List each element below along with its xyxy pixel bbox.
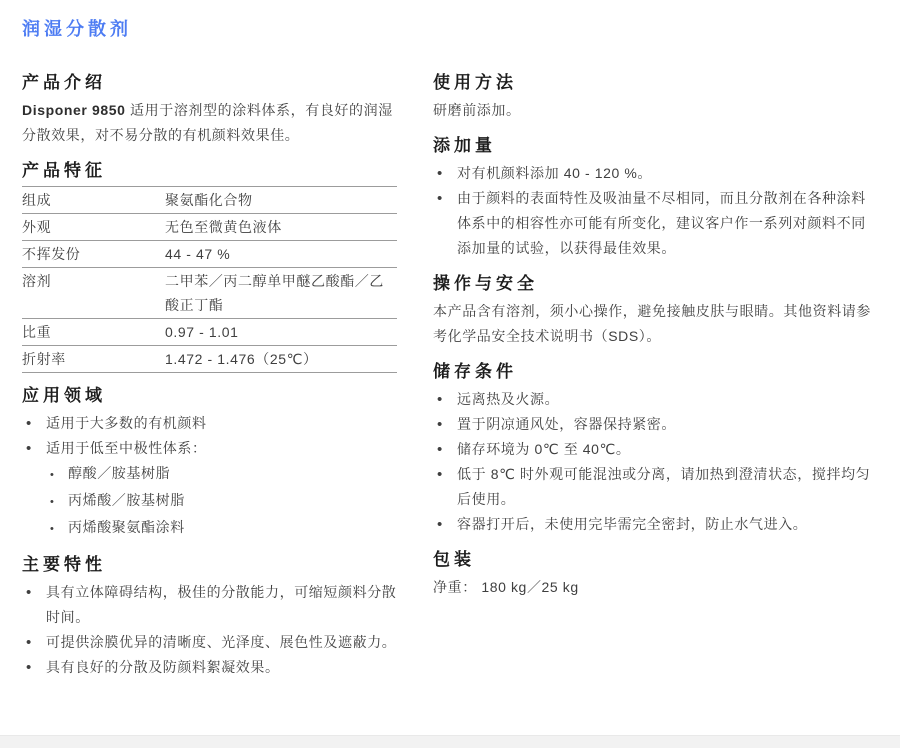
bullet-icon [433,462,457,512]
list-item-text: 丙烯酸聚氨酯涂料 [68,515,185,542]
section-dosage: 添加量 对有机颜料添加 40 - 120 %。 由于颜料的表面特性及吸油量不尽相… [433,135,880,261]
packaging-heading: 包装 [433,549,880,571]
section-safety: 操作与安全 本产品含有溶剂，须小心操作，避免接触皮肤与眼睛。其他资料请参考化学品… [433,273,880,349]
list-item-text: 丙烯酸／胺基树脂 [68,488,185,515]
applications-heading: 应用领域 [22,385,400,407]
product-intro-heading: 产品介绍 [22,72,400,94]
list-item: 具有良好的分散及防颜料絮凝效果。 [22,655,400,680]
row-label: 折射率 [22,347,165,371]
list-item: 醇酸／胺基树脂 [48,461,400,488]
usage-heading: 使用方法 [433,72,880,94]
list-item: 由于颜料的表面特性及吸油量不尽相同，而且分散剂在各种涂料体系中的相容性亦可能有所… [433,186,880,261]
bullet-icon [48,488,68,515]
table-row: 不挥发份 44 - 47 % [22,241,397,268]
right-column: 使用方法 研磨前添加。 添加量 对有机颜料添加 40 - 120 %。 由于颜料… [433,72,880,680]
bullet-icon [22,580,46,630]
list-item: 适用于大多数的有机颜料 [22,411,400,436]
bullet-icon [22,411,46,436]
list-item-text: 低于 8℃ 时外观可能混浊或分离，请加热到澄清状态，搅拌均匀后使用。 [457,462,880,512]
list-item: 丙烯酸聚氨酯涂料 [48,515,400,542]
bullet-icon [22,655,46,680]
table-row: 折射率 1.472 - 1.476（25℃） [22,346,397,373]
main-features-heading: 主要特性 [22,554,400,576]
section-product-features: 产品特征 组成 聚氨酯化合物 外观 无色至微黄色液体 不挥发份 44 - 47 … [22,160,400,373]
list-item: 可提供涂膜优异的清晰度、光泽度、展色性及遮蔽力。 [22,630,400,655]
bullet-icon [22,630,46,655]
main-features-list: 具有立体障碍结构，极佳的分散能力，可缩短颜料分散时间。 可提供涂膜优异的清晰度、… [22,580,400,680]
list-item: 具有立体障碍结构，极佳的分散能力，可缩短颜料分散时间。 [22,580,400,630]
list-item: 低于 8℃ 时外观可能混浊或分离，请加热到澄清状态，搅拌均匀后使用。 [433,462,880,512]
product-name: Disponer 9850 [22,102,126,118]
list-item-text: 对有机颜料添加 40 - 120 %。 [457,161,652,186]
table-row: 外观 无色至微黄色液体 [22,214,397,241]
left-column: 产品介绍 Disponer 9850 适用于溶剂型的涂料体系，有良好的润湿分散效… [22,72,400,680]
row-value: 44 - 47 % [165,242,397,266]
section-product-intro: 产品介绍 Disponer 9850 适用于溶剂型的涂料体系，有良好的润湿分散效… [22,72,400,148]
bullet-icon [433,161,457,186]
section-storage: 储存条件 远离热及火源。 置于阴凉通风处，容器保持紧密。 储存环境为 0℃ 至 … [433,361,880,537]
two-column-layout: 产品介绍 Disponer 9850 适用于溶剂型的涂料体系，有良好的润湿分散效… [22,72,880,680]
list-item-text: 远离热及火源。 [457,387,559,412]
product-features-heading: 产品特征 [22,160,400,182]
table-row: 组成 聚氨酯化合物 [22,187,397,214]
net-weight-value: 180 kg／25 kg [481,579,578,595]
list-item-text: 具有立体障碍结构，极佳的分散能力，可缩短颜料分散时间。 [46,580,400,630]
list-item: 容器打开后，未使用完毕需完全密封，防止水气进入。 [433,512,880,537]
list-item-text: 容器打开后，未使用完毕需完全密封，防止水气进入。 [457,512,807,537]
datasheet-page: 润湿分散剂 产品介绍 Disponer 9850 适用于溶剂型的涂料体系，有良好… [0,0,900,680]
list-item: 置于阴凉通风处，容器保持紧密。 [433,412,880,437]
row-label: 溶剂 [22,269,165,317]
applications-list: 适用于大多数的有机颜料 适用于低至中极性体系： [22,411,400,461]
list-item-text: 可提供涂膜优异的清晰度、光泽度、展色性及遮蔽力。 [46,630,396,655]
bullet-icon [433,437,457,462]
row-label: 组成 [22,188,165,212]
list-item: 储存环境为 0℃ 至 40℃。 [433,437,880,462]
row-label: 不挥发份 [22,242,165,266]
safety-heading: 操作与安全 [433,273,880,295]
list-item-text: 由于颜料的表面特性及吸油量不尽相同，而且分散剂在各种涂料体系中的相容性亦可能有所… [457,186,880,261]
section-applications: 应用领域 适用于大多数的有机颜料 适用于低至中极性体系： 醇酸／胺基树脂 [22,385,400,542]
bullet-icon [433,512,457,537]
section-usage: 使用方法 研磨前添加。 [433,72,880,123]
list-item-text: 储存环境为 0℃ 至 40℃。 [457,437,630,462]
section-main-features: 主要特性 具有立体障碍结构，极佳的分散能力，可缩短颜料分散时间。 可提供涂膜优异… [22,554,400,680]
bullet-icon [433,387,457,412]
usage-text: 研磨前添加。 [433,98,880,123]
footer-bar [0,735,900,748]
row-value: 1.472 - 1.476（25℃） [165,347,397,371]
page-title: 润湿分散剂 [22,18,880,40]
applications-sublist: 醇酸／胺基树脂 丙烯酸／胺基树脂 丙烯酸聚氨酯涂料 [22,461,400,542]
dosage-list: 对有机颜料添加 40 - 120 %。 由于颜料的表面特性及吸油量不尽相同，而且… [433,161,880,261]
list-item-text: 适用于低至中极性体系： [46,436,207,461]
product-intro-text: Disponer 9850 适用于溶剂型的涂料体系，有良好的润湿分散效果，对不易… [22,98,400,148]
list-item-text: 具有良好的分散及防颜料絮凝效果。 [46,655,280,680]
storage-heading: 储存条件 [433,361,880,383]
safety-text: 本产品含有溶剂，须小心操作，避免接触皮肤与眼睛。其他资料请参考化学品安全技术说明… [433,299,880,349]
packaging-line: 净重： 180 kg／25 kg [433,575,880,600]
storage-list: 远离热及火源。 置于阴凉通风处，容器保持紧密。 储存环境为 0℃ 至 40℃。 … [433,387,880,537]
row-label: 外观 [22,215,165,239]
bullet-icon [433,412,457,437]
section-packaging: 包装 净重： 180 kg／25 kg [433,549,880,600]
bullet-icon [48,515,68,542]
table-row: 比重 0.97 - 1.01 [22,319,397,346]
list-item-text: 醇酸／胺基树脂 [68,461,170,488]
row-value: 聚氨酯化合物 [165,188,397,212]
bullet-icon [22,436,46,461]
row-value: 无色至微黄色液体 [165,215,397,239]
table-row: 溶剂 二甲苯／丙二醇单甲醚乙酸酯／乙酸正丁酯 [22,268,397,319]
net-weight-label: 净重： [433,579,477,595]
row-value: 二甲苯／丙二醇单甲醚乙酸酯／乙酸正丁酯 [165,269,397,317]
row-value: 0.97 - 1.01 [165,320,397,344]
bullet-icon [48,461,68,488]
row-label: 比重 [22,320,165,344]
list-item-text: 置于阴凉通风处，容器保持紧密。 [457,412,676,437]
list-item: 适用于低至中极性体系： [22,436,400,461]
list-item-text: 适用于大多数的有机颜料 [46,411,207,436]
list-item: 远离热及火源。 [433,387,880,412]
dosage-heading: 添加量 [433,135,880,157]
list-item: 对有机颜料添加 40 - 120 %。 [433,161,880,186]
bullet-icon [433,186,457,261]
list-item: 丙烯酸／胺基树脂 [48,488,400,515]
feature-table: 组成 聚氨酯化合物 外观 无色至微黄色液体 不挥发份 44 - 47 % 溶剂 … [22,186,397,373]
